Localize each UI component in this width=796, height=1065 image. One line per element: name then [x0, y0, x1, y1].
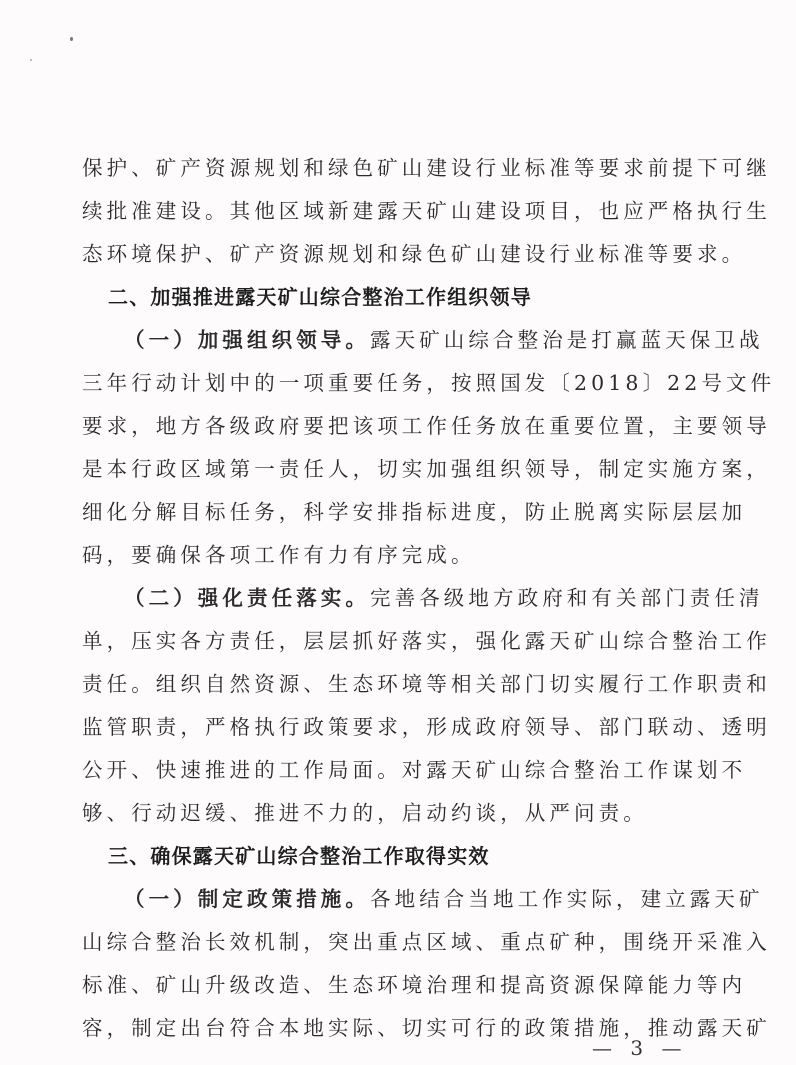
body-line: 码，要确保各项工作有力有序完成。 [82, 541, 682, 569]
body-line: 够、行动迟缓、推进不力的，启动约谈，从严问责。 [82, 799, 682, 827]
paragraph-first-line: （二）强化责任落实。完善各级地方政府和有关部门责任清 [124, 584, 684, 612]
body-line: 保护、矿产资源规划和绿色矿山建设行业标准等要求前提下可继 [82, 154, 682, 182]
body-line: 三年行动计划中的一项重要任务，按照国发〔2018〕22号文件 [82, 369, 682, 397]
body-line: 细化分解目标任务，科学安排指标进度，防止脱离实际层层加 [82, 498, 682, 526]
paragraph-first-line: （一）加强组织领导。露天矿山综合整治是打赢蓝天保卫战 [124, 326, 684, 354]
paragraph-first-line: （一）制定政策措施。各地结合当地工作实际，建立露天矿 [124, 885, 684, 913]
paragraph-lead: （二）强化责任落实。 [124, 586, 370, 610]
paragraph-lead: （一）加强组织领导。 [124, 328, 370, 352]
scan-speck [30, 59, 32, 61]
paragraph-lead: （一）制定政策措施。 [124, 887, 370, 911]
paragraph-text: 各地结合当地工作实际，建立露天矿 [370, 887, 764, 911]
body-line: 单，压实各方责任，层层抓好落实，强化露天矿山综合整治工作 [82, 627, 682, 655]
body-line: 是本行政区域第一责任人，切实加强组织领导，制定实施方案， [82, 455, 682, 483]
paragraph-text: 完善各级地方政府和有关部门责任清 [370, 586, 764, 610]
section-heading: 二、加强推进露天矿山综合整治工作组织领导 [108, 283, 532, 311]
body-line: 山综合整治长效机制，突出重点区域、重点矿种，围绕开采准入 [82, 928, 682, 956]
page-number: — 3 — [592, 1036, 687, 1060]
paragraph-text: 露天矿山综合整治是打赢蓝天保卫战 [370, 328, 764, 352]
section-heading: 三、确保露天矿山综合整治工作取得实效 [108, 842, 490, 870]
body-line: 责任。组织自然资源、生态环境等相关部门切实履行工作职责和 [82, 670, 682, 698]
body-line: 续批准建设。其他区域新建露天矿山建设项目，也应严格执行生 [82, 197, 682, 225]
body-line: 态环境保护、矿产资源规划和绿色矿山建设行业标准等要求。 [82, 240, 682, 268]
scan-speck [70, 37, 73, 41]
body-line: 监管职责，严格执行政策要求，形成政府领导、部门联动、透明 [82, 713, 682, 741]
body-line: 公开、快速推进的工作局面。对露天矿山综合整治工作谋划不 [82, 756, 682, 784]
body-line: 标准、矿山升级改造、生态环境治理和提高资源保障能力等内 [82, 971, 682, 999]
body-line: 要求，地方各级政府要把该项工作任务放在重要位置，主要领导 [82, 412, 682, 440]
document-page: 保护、矿产资源规划和绿色矿山建设行业标准等要求前提下可继 续批准建设。其他区域新… [0, 0, 796, 1065]
